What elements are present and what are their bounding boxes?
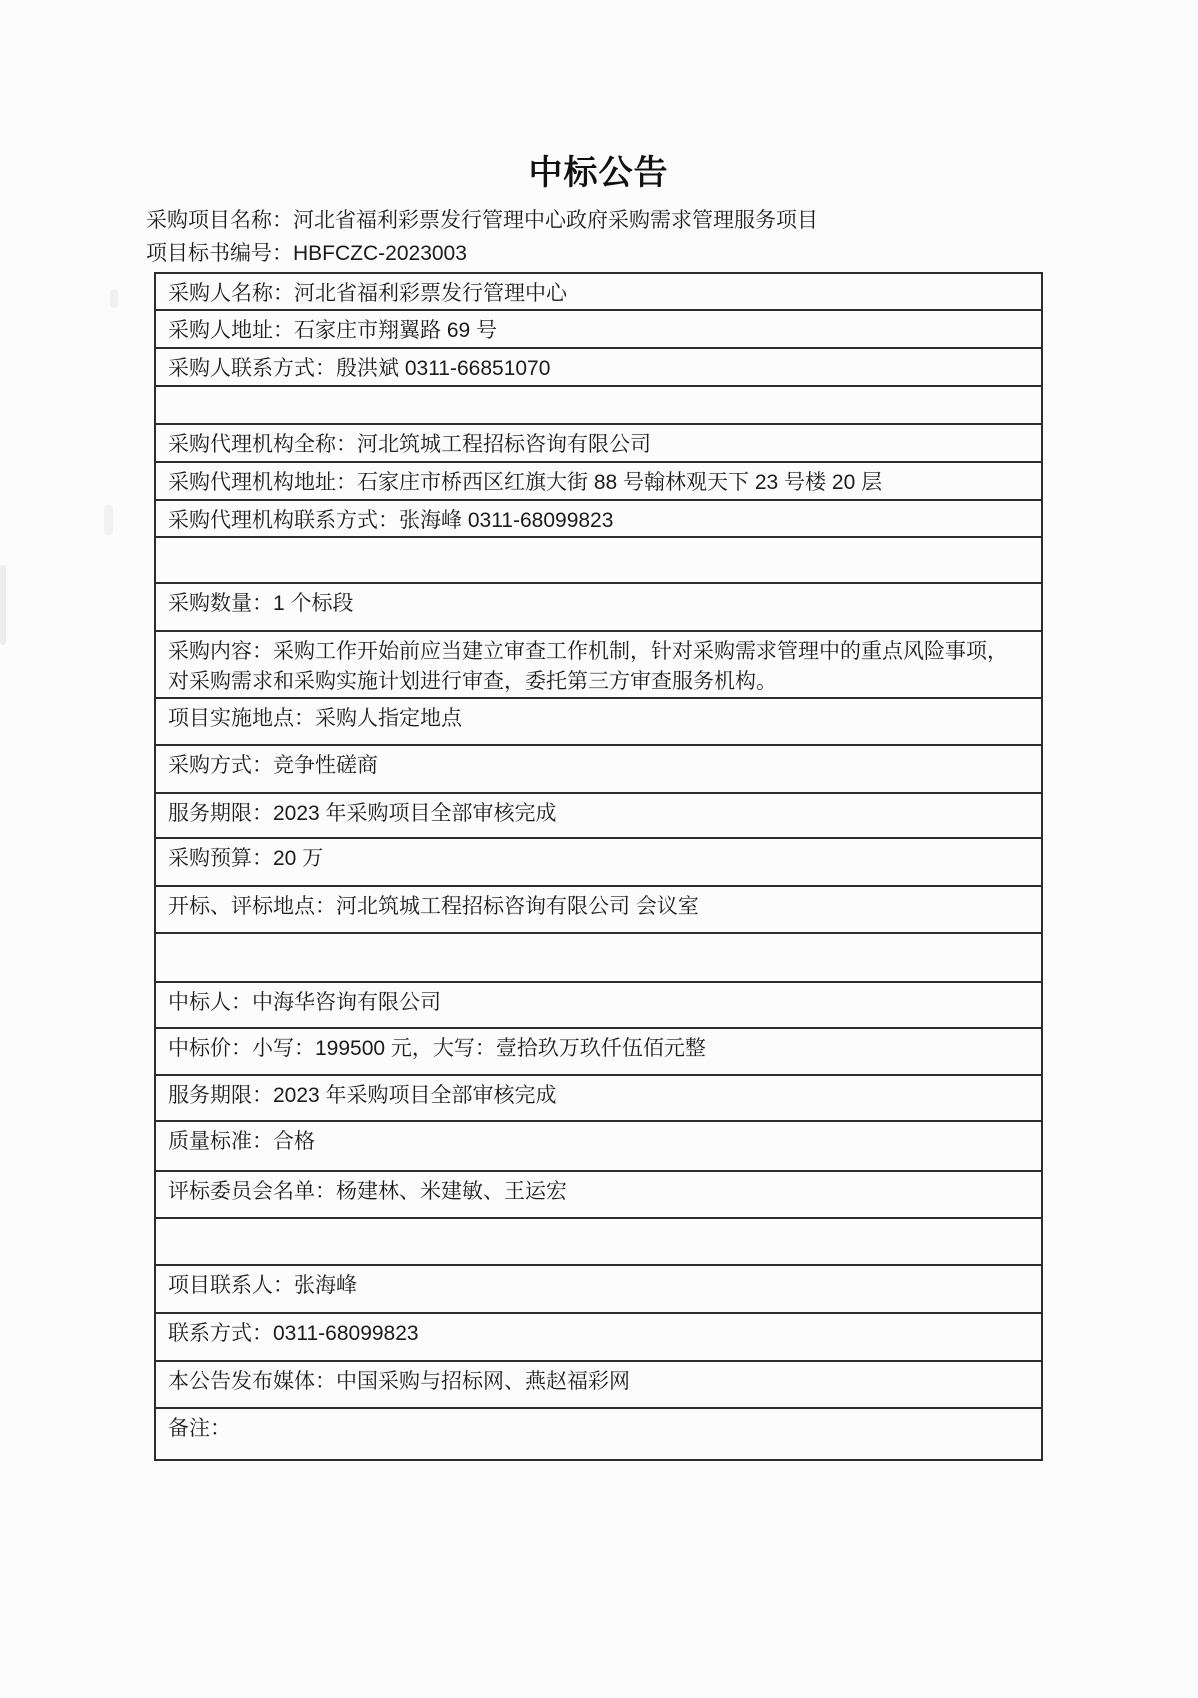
table-cell: 备注：	[155, 1408, 1042, 1460]
table-cell: 采购代理机构全称：河北筑城工程招标咨询有限公司	[155, 424, 1042, 462]
table-cell: 采购人地址：石家庄市翔翼路 69 号	[155, 310, 1042, 348]
table-cell: 采购人联系方式：殷洪斌 0311-66851070	[155, 348, 1042, 386]
table-cell: 采购预算：20 万	[155, 838, 1042, 886]
table-cell	[155, 1218, 1042, 1265]
row-purchaser-contact: 采购人联系方式：殷洪斌 0311-66851070	[155, 348, 1042, 386]
table-cell: 本公告发布媒体：中国采购与招标网、燕赵福彩网	[155, 1361, 1042, 1408]
row-bid-opening-location: 开标、评标地点：河北筑城工程招标咨询有限公司 会议室	[155, 886, 1042, 933]
announcement-table: 采购人名称：河北省福利彩票发行管理中心 采购人地址：石家庄市翔翼路 69 号 采…	[154, 272, 1043, 1461]
table-cell: 采购方式：竞争性磋商	[155, 745, 1042, 793]
scan-artifact	[110, 290, 118, 308]
row-remarks: 备注：	[155, 1408, 1042, 1460]
row-quality-standard: 质量标准：合格	[155, 1121, 1042, 1171]
row-agency-contact: 采购代理机构联系方式：张海峰 0311-68099823	[155, 500, 1042, 537]
row-agency-address: 采购代理机构地址：石家庄市桥西区红旗大街 88 号翰林观天下 23 号楼 20 …	[155, 462, 1042, 500]
table-cell: 中标人：中海华咨询有限公司	[155, 982, 1042, 1028]
row-winning-price: 中标价：小写：199500 元，大写：壹拾玖万玖仟伍佰元整	[155, 1028, 1042, 1075]
row-empty-2	[155, 537, 1042, 583]
table-cell: 中标价：小写：199500 元，大写：壹拾玖万玖仟伍佰元整	[155, 1028, 1042, 1075]
table-cell: 联系方式：0311-68099823	[155, 1313, 1042, 1361]
row-evaluation-committee: 评标委员会名单：杨建林、米建敏、王运宏	[155, 1171, 1042, 1218]
row-winner: 中标人：中海华咨询有限公司	[155, 982, 1042, 1028]
row-empty-4	[155, 1218, 1042, 1265]
scan-artifact	[104, 505, 113, 535]
row-procurement-content: 采购内容：采购工作开始前应当建立审查工作机制，针对采购需求管理中的重点风险事项，…	[155, 631, 1042, 698]
row-empty-3	[155, 933, 1042, 982]
table-cell: 评标委员会名单：杨建林、米建敏、王运宏	[155, 1171, 1042, 1218]
row-procurement-method: 采购方式：竞争性磋商	[155, 745, 1042, 793]
table-cell: 服务期限：2023 年采购项目全部审核完成	[155, 793, 1042, 838]
row-quantity: 采购数量：1 个标段	[155, 583, 1042, 631]
intro-block: 采购项目名称：河北省福利彩票发行管理中心政府采购需求管理服务项目 项目标书编号：…	[146, 204, 1066, 270]
table-cell: 采购人名称：河北省福利彩票发行管理中心	[155, 273, 1042, 310]
table-cell: 质量标准：合格	[155, 1121, 1042, 1171]
table-cell	[155, 537, 1042, 583]
row-agency-name: 采购代理机构全称：河北筑城工程招标咨询有限公司	[155, 424, 1042, 462]
table-cell: 开标、评标地点：河北筑城工程招标咨询有限公司 会议室	[155, 886, 1042, 933]
row-service-term-2: 服务期限：2023 年采购项目全部审核完成	[155, 1075, 1042, 1121]
row-purchaser-address: 采购人地址：石家庄市翔翼路 69 号	[155, 310, 1042, 348]
row-implementation-location: 项目实施地点：采购人指定地点	[155, 698, 1042, 745]
table-cell: 服务期限：2023 年采购项目全部审核完成	[155, 1075, 1042, 1121]
table-cell	[155, 933, 1042, 982]
project-name-line: 采购项目名称：河北省福利彩票发行管理中心政府采购需求管理服务项目	[146, 204, 1066, 237]
document-page: 中标公告 采购项目名称：河北省福利彩票发行管理中心政府采购需求管理服务项目 项目…	[0, 0, 1198, 1698]
row-project-contact: 项目联系人：张海峰	[155, 1265, 1042, 1313]
table-cell	[155, 386, 1042, 424]
row-budget: 采购预算：20 万	[155, 838, 1042, 886]
table-cell: 采购代理机构联系方式：张海峰 0311-68099823	[155, 500, 1042, 537]
table-cell: 项目联系人：张海峰	[155, 1265, 1042, 1313]
table-cell: 采购代理机构地址：石家庄市桥西区红旗大街 88 号翰林观天下 23 号楼 20 …	[155, 462, 1042, 500]
page-title: 中标公告	[154, 153, 1043, 193]
table-cell: 项目实施地点：采购人指定地点	[155, 698, 1042, 745]
row-service-term: 服务期限：2023 年采购项目全部审核完成	[155, 793, 1042, 838]
bid-number-line: 项目标书编号：HBFCZC-2023003	[146, 237, 1066, 270]
scan-artifact	[0, 565, 6, 645]
row-empty-1	[155, 386, 1042, 424]
row-purchaser-name: 采购人名称：河北省福利彩票发行管理中心	[155, 273, 1042, 310]
table-cell: 采购内容：采购工作开始前应当建立审查工作机制，针对采购需求管理中的重点风险事项，…	[155, 631, 1042, 698]
table-cell: 采购数量：1 个标段	[155, 583, 1042, 631]
row-contact-phone: 联系方式：0311-68099823	[155, 1313, 1042, 1361]
row-publish-media: 本公告发布媒体：中国采购与招标网、燕赵福彩网	[155, 1361, 1042, 1408]
